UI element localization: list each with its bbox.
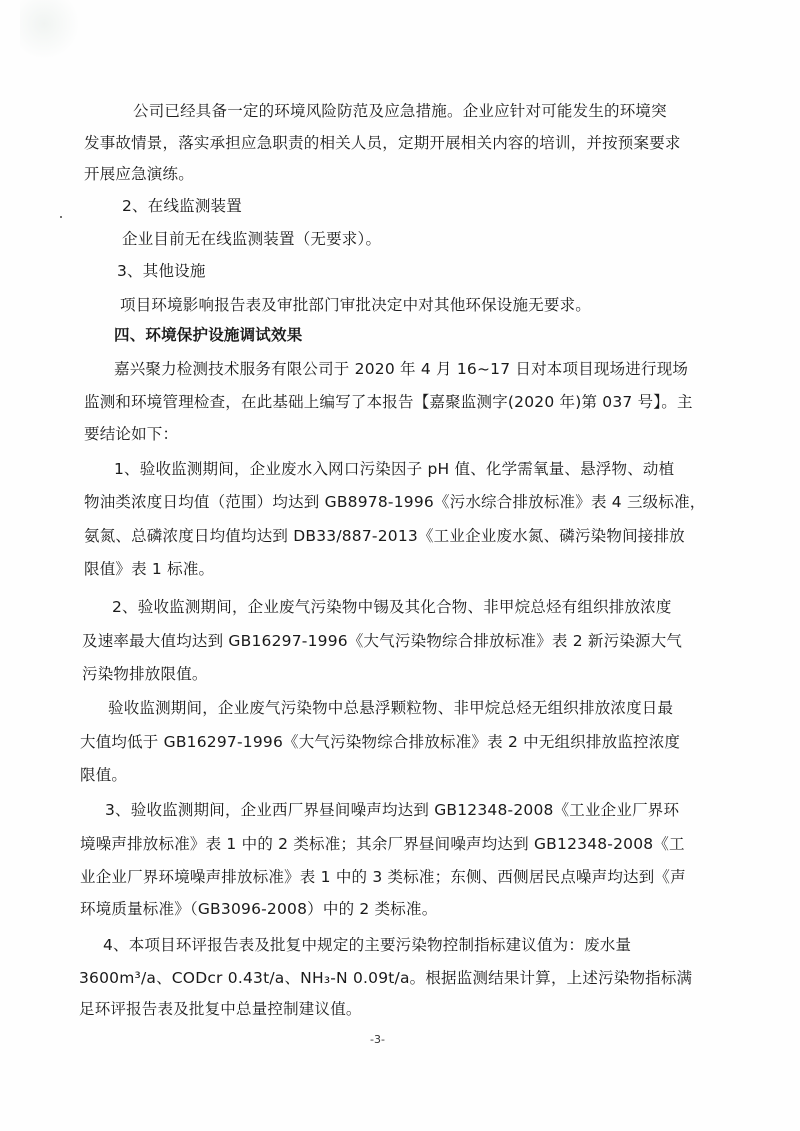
- paragraph-line: 企业目前无在线监测装置（无要求）。: [122, 229, 381, 249]
- paragraph-line: 验收监测期间，企业废气污染物中总悬浮颗粒物、非甲烷总烃无组织排放浓度日最: [108, 698, 673, 718]
- paragraph-line: 公司已经具备一定的环境风险防范及应急措施。企业应针对可能发生的环境突: [133, 101, 667, 121]
- paragraph-line: 监测和环境管理检查，在此基础上编写了本报告【嘉聚监测字(2020 年)第 037…: [84, 392, 693, 412]
- scan-dot: [60, 216, 62, 218]
- paragraph-line: 3600m³/a、CODcr 0.43t/a、NH₃-N 0.09t/a。根据监…: [79, 968, 692, 988]
- paragraph-line: 氨氮、总磷浓度日均值均达到 DB33/887-2013《工业企业废水氮、磷污染物…: [84, 526, 685, 546]
- paragraph-line: 物油类浓度日均值（范围）均达到 GB8978-1996《污水综合排放标准》表 4…: [84, 492, 705, 512]
- paragraph-line: 嘉兴聚力检测技术服务有限公司于 2020 年 4 月 16~17 日对本项目现场…: [114, 359, 688, 379]
- paragraph-line: 3、验收监测期间，企业西厂界昼间噪声均达到 GB12348-2008《工业企业厂…: [105, 800, 679, 820]
- paragraph-line: 项目环境影响报告表及审批部门审批决定中对其他环保设施无要求。: [120, 295, 591, 315]
- paragraph-line: 境噪声排放标准》表 1 中的 2 类标准；其余厂界昼间噪声均达到 GB12348…: [80, 834, 685, 854]
- subsection-heading: 3、其他设施: [117, 261, 206, 281]
- paragraph-line: 足环评报告表及批复中总量控制建议值。: [79, 999, 362, 1019]
- paragraph-line: 发事故情景，落实承担应急职责的相关人员，定期开展相关内容的培训，并按预案要求: [84, 133, 681, 153]
- section-heading: 四、环境保护设施调试效果: [114, 325, 302, 345]
- paragraph-line: 1、验收监测期间，企业废水入网口污染因子 pH 值、化学需氧量、悬浮物、动植: [114, 459, 674, 479]
- scan-artifact: [20, 0, 80, 60]
- paragraph-line: 4、本项目环评报告表及批复中规定的主要污染物控制指标建议值为：废水量: [103, 935, 631, 955]
- paragraph-line: 2、验收监测期间，企业废气污染物中锡及其化合物、非甲烷总烃有组织排放浓度: [112, 597, 672, 617]
- paragraph-line: 限值。: [80, 765, 127, 785]
- paragraph-line: 限值》表 1 标准。: [84, 559, 214, 579]
- subsection-heading: 2、在线监测装置: [122, 196, 242, 216]
- page-number: -3-: [370, 1033, 385, 1046]
- paragraph-line: 污染物排放限值。: [82, 664, 208, 684]
- paragraph-line: 大值均低于 GB16297-1996《大气污染物综合排放标准》表 2 中无组织排…: [80, 732, 680, 752]
- paragraph-line: 环境质量标准》（GB3096-2008）中的 2 类标准。: [80, 899, 437, 919]
- paragraph-line: 要结论如下：: [84, 424, 178, 444]
- paragraph-line: 开展应急演练。: [84, 164, 194, 184]
- paragraph-line: 业企业厂界环境噪声排放标准》表 1 中的 3 类标准；东侧、西侧居民点噪声均达到…: [80, 867, 686, 887]
- paragraph-line: 及速率最大值均达到 GB16297-1996《大气污染物综合排放标准》表 2 新…: [82, 631, 682, 651]
- document-page: 公司已经具备一定的环境风险防范及应急措施。企业应针对可能发生的环境突 发事故情景…: [0, 0, 800, 1131]
